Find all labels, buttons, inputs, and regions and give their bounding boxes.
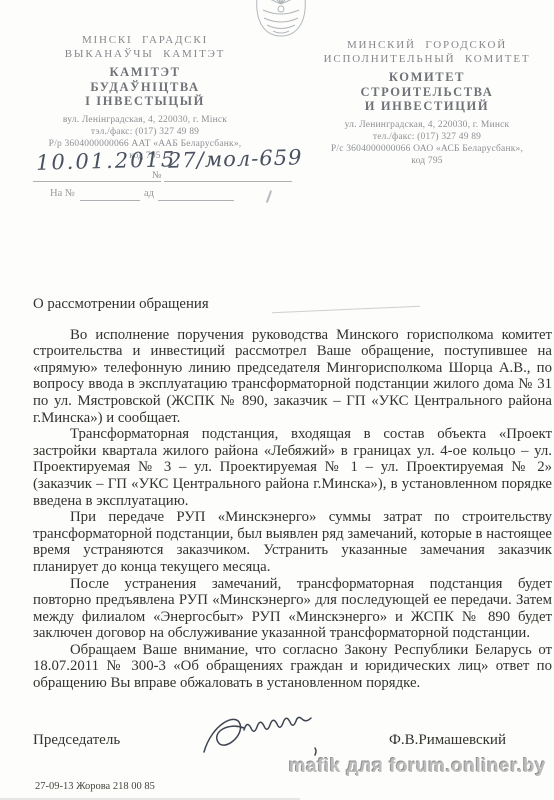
address-line: код 795 xyxy=(303,155,551,167)
letter-paragraph: Обращаем Ваше внимание, что согласно Зак… xyxy=(33,642,552,692)
forum-watermark: mafik для forum.onliner.by xyxy=(289,756,546,778)
letter-paragraph: При передаче РУП «Минскэнерго» суммы зат… xyxy=(33,509,552,575)
committee-name: КАМІТЭТ БУДАЎНІЦТВА І ІНВЕСТЫЦЫЙ xyxy=(26,65,264,109)
number-form-line xyxy=(164,181,292,182)
signer-name: Ф.В.Римашевский xyxy=(389,732,506,749)
committee-name-line: И ИНВЕСТИЦИЙ xyxy=(303,99,551,114)
org-name-line: ВЫКАНАЎЧЫ КАМІТЭТ xyxy=(26,47,264,61)
scan-artifact xyxy=(266,190,272,203)
reply-number-form-line xyxy=(80,200,140,201)
org-address: ул. Ленинградская, 4, 220030, г. Минск т… xyxy=(303,119,551,167)
letter-paragraph: После устранения замечаний, трансформато… xyxy=(33,576,552,642)
org-name-line: МІНСКІ ГАРАДСКІ xyxy=(26,33,264,47)
signer-position: Председатель xyxy=(33,732,120,749)
committee-name-line: КАМІТЭТ xyxy=(26,65,264,80)
letterhead-belarusian: МІНСКІ ГАРАДСКІ ВЫКАНАЎЧЫ КАМІТЭТ КАМІТЭ… xyxy=(26,33,264,162)
letterhead-russian: МИНСКИЙ ГОРОДСКОЙ ИСПОЛНИТЕЛЬНЫЙ КОМИТЕТ… xyxy=(303,38,551,167)
letter-subject: О рассмотрении обращения xyxy=(33,296,552,313)
address-line: тэл./факс: (017) 327 49 89 xyxy=(26,126,264,138)
letter-paragraph: Трансформаторная подстанция, входящая в … xyxy=(33,426,552,509)
reply-date-form-line xyxy=(158,200,234,201)
committee-name-line: КОМИТЕТ xyxy=(303,70,551,85)
scanned-letter-page: МІНСКІ ГАРАДСКІ ВЫКАНАЎЧЫ КАМІТЭТ КАМІТЭ… xyxy=(0,0,554,800)
committee-name-line: І ІНВЕСТЫЦЫЙ xyxy=(26,94,264,109)
number-sign-label: № xyxy=(152,170,162,181)
address-line: ул. Ленинградская, 4, 220030, г. Минск xyxy=(303,119,551,131)
org-name: МИНСКИЙ ГОРОДСКОЙ ИСПОЛНИТЕЛЬНЫЙ КОМИТЕТ xyxy=(303,38,551,66)
org-name-line: ИСПОЛНИТЕЛЬНЫЙ КОМИТЕТ xyxy=(303,52,551,66)
address-line: вул. Ленінградская, 4, 220030, г. Мінск xyxy=(26,114,264,126)
org-name: МІНСКІ ГАРАДСКІ ВЫКАНАЎЧЫ КАМІТЭТ xyxy=(26,33,264,61)
letter-body: О рассмотрении обращения Во исполнение п… xyxy=(33,296,552,692)
reply-from-label: ад xyxy=(144,188,154,199)
committee-name-line: БУДАЎНІЦТВА xyxy=(26,80,264,95)
address-line: тел./факс: (017) 327 49 89 xyxy=(303,131,551,143)
executor-note: 27-09-13 Жорова 218 00 85 xyxy=(35,781,155,792)
address-line: Р/с 3604000000066 ОАО «АСБ Беларусбанк», xyxy=(303,143,551,155)
letter-paragraph: Во исполнение поручения руководства Минс… xyxy=(33,327,552,427)
outgoing-number-handwritten: 27/мол-659 xyxy=(168,145,303,173)
committee-name-line: СТРОИТЕЛЬСТВА xyxy=(303,85,551,100)
org-name-line: МИНСКИЙ ГОРОДСКОЙ xyxy=(303,38,551,52)
committee-name: КОМИТЕТ СТРОИТЕЛЬСТВА И ИНВЕСТИЦИЙ xyxy=(303,70,551,114)
date-form-line xyxy=(33,181,161,182)
reply-to-label: На № xyxy=(50,188,75,199)
